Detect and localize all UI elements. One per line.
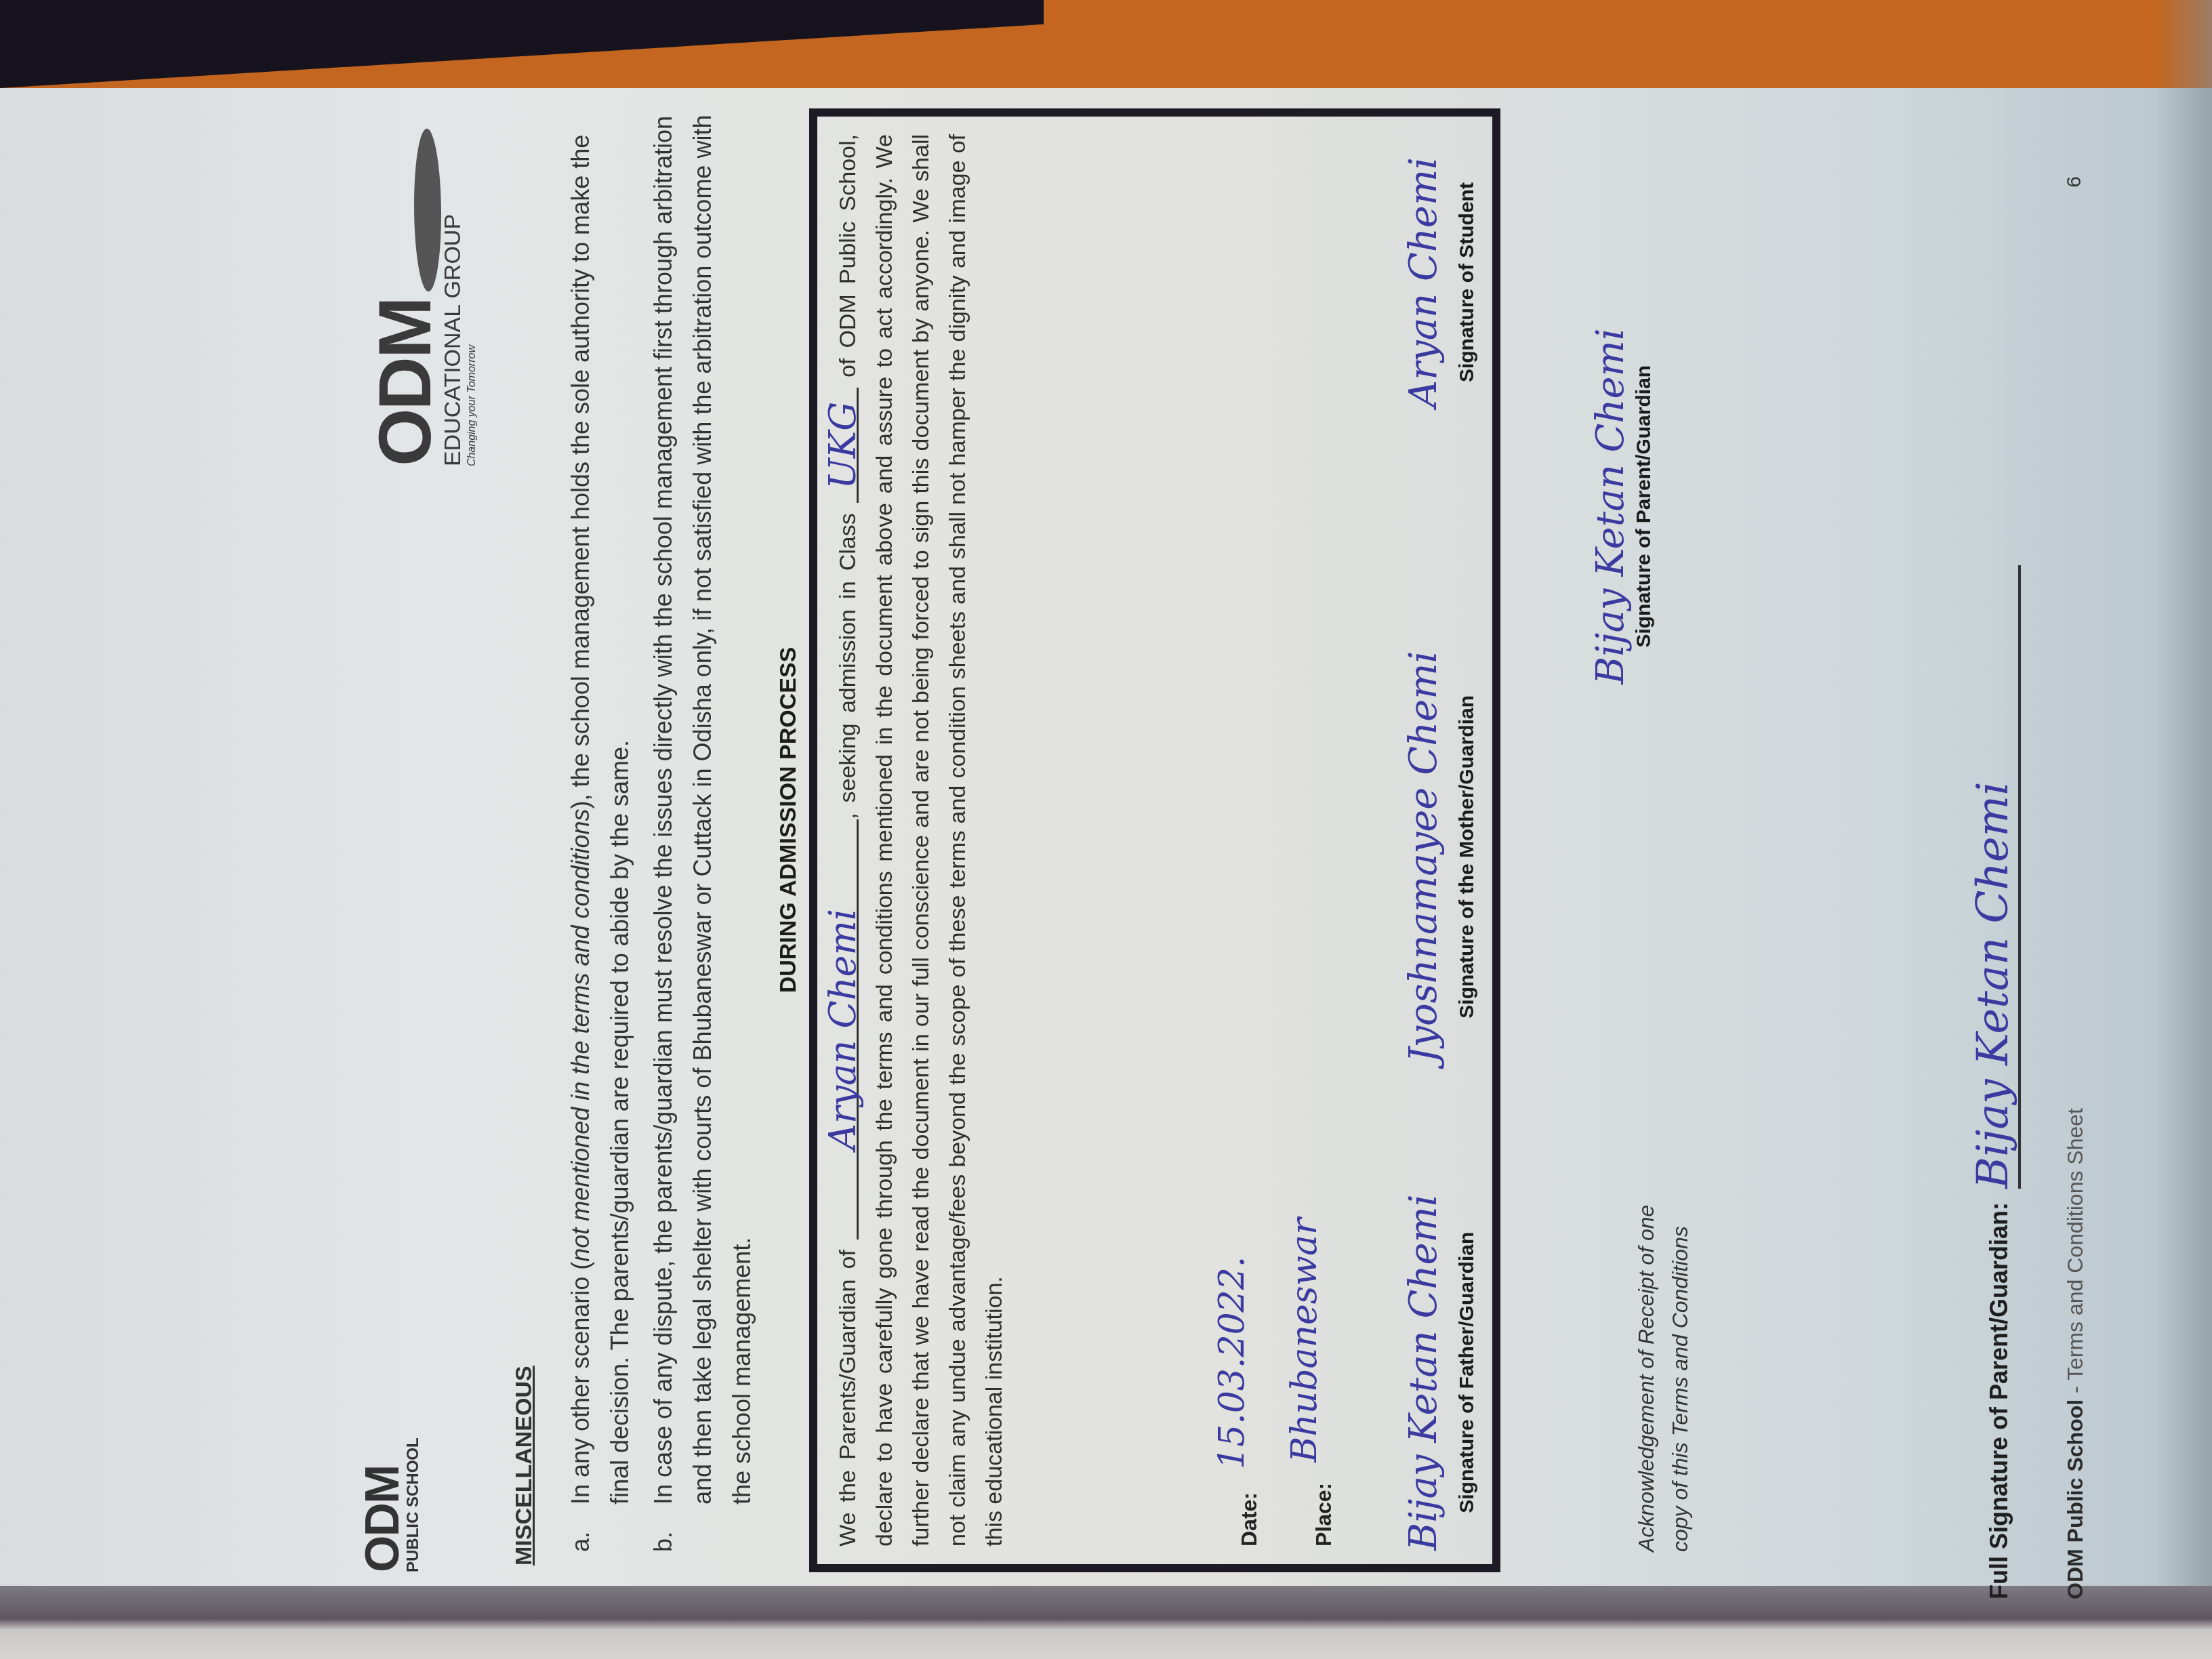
date-label: Date: bbox=[1231, 1492, 1267, 1547]
misc-item-text: In case of any dispute, the parents/guar… bbox=[649, 115, 756, 1504]
footer-school: ODM Public School bbox=[2063, 1399, 2087, 1599]
full-signature-row: Full Signature of Parent/Guardian: Bijay… bbox=[1968, 565, 2021, 1599]
mother-signature[interactable]: Jyoshnamayee Chemi Signature of the Moth… bbox=[1400, 651, 1486, 1063]
admission-declaration-box: We the Parents/Guardian of Aryan Chemi, … bbox=[809, 108, 1500, 1572]
student-signature[interactable]: Aryan Chemi Signature of Student bbox=[1400, 157, 1486, 407]
misc-item-text: In any other scenario ( bbox=[567, 1262, 594, 1504]
full-signature-field[interactable]: Bijay Ketan Chemi bbox=[1968, 565, 2021, 1189]
document-page: ODM PUBLIC SCHOOL ODM EDUCATIONAL GROUP … bbox=[192, 41, 2198, 1599]
group-logo-tagline: Changing your Tomorrow bbox=[466, 129, 478, 466]
student-signature-caption: Signature of Student bbox=[1456, 182, 1478, 382]
declaration-part: We the Parents/Guardian of bbox=[835, 1250, 861, 1547]
student-signature-ink: Aryan Chemi bbox=[1400, 157, 1448, 407]
declaration-part: , seeking admission in Class bbox=[835, 513, 861, 819]
miscellaneous-heading: MISCELLANEOUS bbox=[504, 108, 544, 1565]
school-logo-subtitle: PUBLIC SCHOOL bbox=[404, 1437, 423, 1572]
runner-swoosh-icon bbox=[414, 124, 441, 297]
full-signature-label: Full Signature of Parent/Guardian: bbox=[1985, 1202, 2013, 1599]
acknowledgement-text: Acknowledgement of Receipt of one copy o… bbox=[1629, 1186, 1697, 1552]
father-signature-ink: Bijay Ketan Chemi bbox=[1400, 1194, 1448, 1551]
mother-signature-caption: Signature of the Mother/Guardian bbox=[1456, 695, 1478, 1019]
place-field[interactable]: Bhubaneswar bbox=[1286, 1218, 1323, 1462]
school-logo: ODM PUBLIC SCHOOL bbox=[355, 1437, 423, 1572]
page-footer: ODM Public School - Terms and Conditions… bbox=[2063, 1108, 2088, 1599]
declaration-text: We the Parents/Guardian of Aryan Chemi, … bbox=[829, 134, 1012, 1547]
place-label: Place: bbox=[1305, 1483, 1342, 1547]
footer-title: Terms and Conditions Sheet bbox=[2063, 1108, 2087, 1380]
miscellaneous-section: MISCELLANEOUS a. In any other scenario (… bbox=[504, 108, 766, 1565]
father-signature[interactable]: Bijay Ketan Chemi Signature of Father/Gu… bbox=[1400, 1194, 1486, 1551]
admission-title: DURING ADMISSION PROCESS bbox=[775, 41, 802, 1599]
misc-item-italic: not mentioned in the terms and condition… bbox=[567, 808, 594, 1261]
school-logo-mark: ODM bbox=[356, 1466, 409, 1572]
mother-signature-ink: Jyoshnamayee Chemi bbox=[1400, 651, 1448, 1063]
date-field[interactable]: 15.03.2022. bbox=[1214, 1256, 1250, 1469]
misc-item-marker: b. bbox=[644, 1532, 683, 1552]
signature-row: Bijay Ketan Chemi Signature of Father/Gu… bbox=[1384, 130, 1486, 1551]
footer-separator: - bbox=[2063, 1380, 2087, 1399]
acknowledgement-signature[interactable]: Bijay Ketan Chemi Signature of Parent/Gu… bbox=[1589, 328, 1656, 684]
group-logo-mark: ODM bbox=[363, 298, 447, 466]
declaration-part: of ODM Public School, declare to have ca… bbox=[835, 134, 1007, 1547]
acknowledgement-signature-ink: Bijay Ketan Chemi bbox=[1589, 328, 1633, 684]
group-logo-name: EDUCATIONAL GROUP bbox=[440, 129, 466, 466]
father-signature-caption: Signature of Father/Guardian bbox=[1456, 1232, 1478, 1513]
misc-item-marker: a. bbox=[561, 1532, 600, 1552]
misc-item: b. In case of any dispute, the parents/g… bbox=[644, 108, 762, 1504]
group-logo: ODM EDUCATIONAL GROUP Changing your Tomo… bbox=[362, 129, 478, 466]
class-field[interactable]: UKG bbox=[829, 388, 859, 503]
acknowledgement-signature-caption: Signature of Parent/Guardian bbox=[1633, 365, 1655, 648]
student-name-field[interactable]: Aryan Chemi bbox=[829, 819, 859, 1240]
page-number: 6 bbox=[2063, 176, 2086, 188]
misc-item: a. In any other scenario (not mentioned … bbox=[561, 108, 640, 1504]
